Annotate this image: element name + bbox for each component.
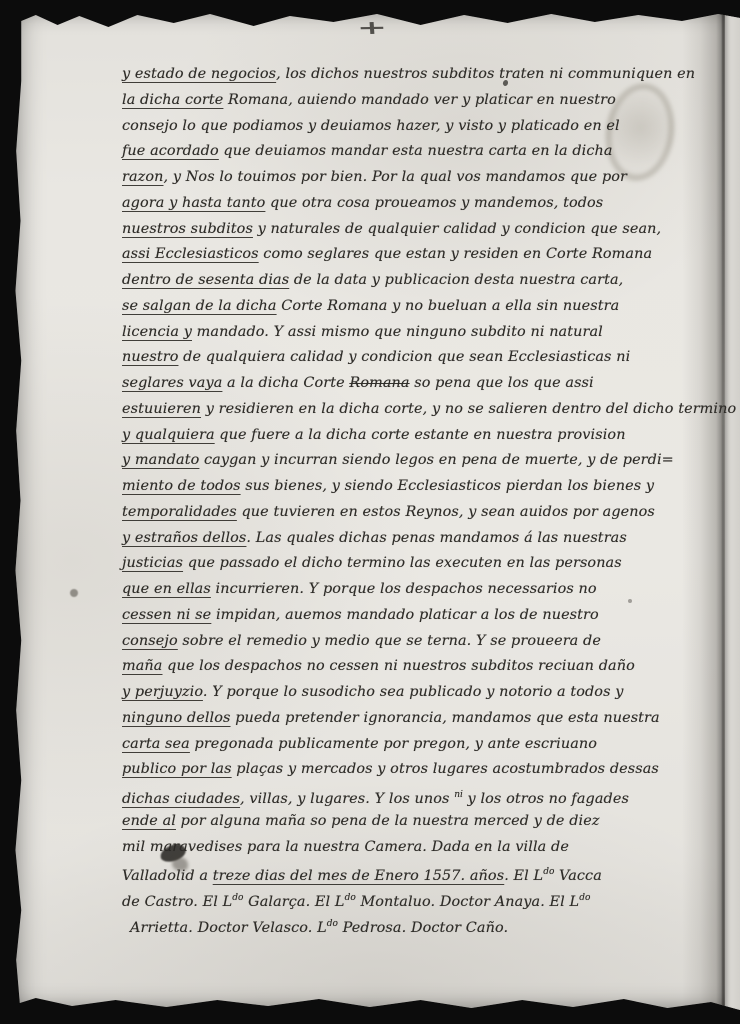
underlined-phrase: miento de todos bbox=[122, 478, 241, 494]
text-segment: Romana, auiendo mandado ver y platicar e… bbox=[223, 92, 616, 108]
text-line: ninguno dellos pueda pretender ignoranci… bbox=[122, 706, 682, 732]
text-segment: . Las quales dichas penas mandamos á las… bbox=[246, 530, 626, 546]
text-line: cessen ni se impidan, auemos mandado pla… bbox=[122, 603, 682, 629]
text-segment: Corte Romana y no bueluan a ella sin nue… bbox=[277, 298, 620, 314]
underlined-phrase: nuestro bbox=[122, 349, 178, 365]
text-segment: . El L bbox=[504, 868, 543, 884]
text-line: y mandato caygan y incurran siendo legos… bbox=[122, 448, 682, 474]
text-segment: Galarça. El L bbox=[243, 894, 344, 910]
underlined-phrase: ninguno dellos bbox=[122, 710, 231, 726]
text-segment: Pedrosa. Doctor Caño. bbox=[338, 920, 508, 936]
underlined-phrase: y perjuyzio bbox=[122, 684, 203, 700]
text-line: miento de todos sus bienes, y siendo Ecc… bbox=[122, 474, 682, 500]
invocation-cross-mark: + bbox=[333, 14, 411, 41]
text-segment: pueda pretender ignorancia, mandamos que… bbox=[231, 710, 660, 726]
text-line: consejo sobre el remedio y medio que se … bbox=[122, 629, 682, 655]
text-segment: de qualquiera calidad y condicion que se… bbox=[178, 349, 630, 365]
text-segment: y residieren en la dicha corte, y no se … bbox=[201, 401, 736, 417]
text-line: licencia y mandado. Y assi mismo que nin… bbox=[122, 320, 682, 346]
underlined-phrase: que en ellas bbox=[122, 581, 211, 597]
text-segment: que tuvieren en estos Reynos, y sean aui… bbox=[237, 504, 655, 520]
text-line: Arrietta. Doctor Velasco. Ldo Pedrosa. D… bbox=[122, 912, 682, 938]
text-line: y qualquiera que fuere a la dicha corte … bbox=[122, 423, 682, 449]
underlined-phrase: carta sea bbox=[122, 736, 190, 752]
text-segment: por alguna maña so pena de la nuestra me… bbox=[176, 813, 600, 829]
text-segment: que otra cosa proueamos y mandemos, todo… bbox=[265, 195, 603, 211]
manuscript-page: + y estado de negocios, los dichos nuest… bbox=[14, 11, 740, 1010]
text-segment: . Y porque lo susodicho sea publicado y … bbox=[203, 684, 624, 700]
text-segment: a la dicha Corte bbox=[222, 375, 349, 391]
underlined-phrase: publico por las bbox=[122, 761, 232, 777]
text-line: que en ellas incurrieren. Y porque los d… bbox=[122, 577, 682, 603]
text-line: razon, y Nos lo touimos por bien. Por la… bbox=[122, 165, 682, 191]
underlined-phrase: y qualquiera bbox=[122, 427, 215, 443]
text-segment: como seglares que estan y residen en Cor… bbox=[259, 246, 653, 262]
underlined-phrase: assi Ecclesiasticos bbox=[122, 246, 259, 262]
text-line: y perjuyzio. Y porque lo susodicho sea p… bbox=[122, 680, 682, 706]
text-line: justicias que passado el dicho termino l… bbox=[122, 551, 682, 577]
text-segment: impidan, auemos mandado platicar a los d… bbox=[211, 607, 599, 623]
underlined-phrase: agora y hasta tanto bbox=[122, 195, 265, 211]
underlined-phrase: licencia y bbox=[122, 324, 192, 340]
text-segment: pregonada publicamente por pregon, y ant… bbox=[190, 736, 597, 752]
text-line: nuestro de qualquiera calidad y condicio… bbox=[122, 345, 682, 371]
underlined-phrase: y estraños dellos bbox=[122, 530, 246, 546]
underlined-phrase: maña bbox=[122, 658, 162, 674]
text-line: consejo lo que podiamos y deuiamos hazer… bbox=[122, 114, 682, 140]
text-segment: que deuiamos mandar esta nuestra carta e… bbox=[219, 143, 613, 159]
text-line: de Castro. El Ldo Galarça. El Ldo Montal… bbox=[122, 886, 682, 912]
manuscript-text: y estado de negocios, los dichos nuestro… bbox=[122, 62, 682, 938]
text-line: ende al por alguna maña so pena de la nu… bbox=[122, 809, 682, 835]
text-segment: mandado. Y assi mismo que ninguno subdit… bbox=[192, 324, 603, 340]
underlined-phrase: dichas ciudades bbox=[122, 791, 240, 807]
text-segment: Vacca bbox=[554, 868, 602, 884]
text-segment: que passado el dicho termino las execute… bbox=[183, 555, 622, 571]
text-line: seglares vaya a la dicha Corte Romana so… bbox=[122, 371, 682, 397]
text-line: y estado de negocios, los dichos nuestro… bbox=[122, 62, 682, 88]
facing-page-edge bbox=[725, 11, 740, 1010]
underlined-phrase: fue acordado bbox=[122, 143, 219, 159]
underlined-phrase: seglares vaya bbox=[122, 375, 222, 391]
text-segment: mil maravedises para la nuestra Camera. … bbox=[122, 839, 569, 855]
text-line: maña que los despachos no cessen ni nues… bbox=[122, 654, 682, 680]
text-line: dentro de sesenta dias de la data y publ… bbox=[122, 268, 682, 294]
underlined-phrase: razon bbox=[122, 169, 163, 185]
text-segment: y los otros no fagades bbox=[463, 791, 629, 807]
text-line: temporalidades que tuvieren en estos Rey… bbox=[122, 500, 682, 526]
underlined-phrase: se salgan de la dicha bbox=[122, 298, 277, 314]
text-line: carta sea pregonada publicamente por pre… bbox=[122, 732, 682, 758]
text-line: y estraños dellos. Las quales dichas pen… bbox=[122, 526, 682, 552]
text-line: Valladolid a treze dias del mes de Enero… bbox=[122, 860, 682, 886]
underlined-phrase: y estado de negocios bbox=[122, 66, 276, 82]
underlined-phrase: dentro de sesenta dias bbox=[122, 272, 289, 288]
text-line: se salgan de la dicha Corte Romana y no … bbox=[122, 294, 682, 320]
text-segment: de Castro. El L bbox=[122, 894, 232, 910]
underlined-phrase: ende al bbox=[122, 813, 176, 829]
underlined-phrase: y mandato bbox=[122, 452, 199, 468]
superscript-insertion: do bbox=[579, 893, 590, 903]
text-segment: plaças y mercados y otros lugares acostu… bbox=[232, 761, 659, 777]
text-segment: consejo lo que podiamos y deuiamos hazer… bbox=[122, 118, 620, 134]
underlined-phrase: cessen ni se bbox=[122, 607, 211, 623]
text-segment: , los dichos nuestros subditos traten ni… bbox=[276, 66, 695, 82]
text-line: la dicha corte Romana, auiendo mandado v… bbox=[122, 88, 682, 114]
text-segment: que fuere a la dicha corte estante en nu… bbox=[215, 427, 626, 443]
text-segment: incurrieren. Y porque los despachos nece… bbox=[211, 581, 597, 597]
text-segment: de la data y publicacion desta nuestra c… bbox=[289, 272, 623, 288]
underlined-phrase: treze dias del mes de Enero 1557. años bbox=[213, 868, 504, 884]
superscript-insertion: do bbox=[232, 893, 243, 903]
underlined-phrase: nuestros subditos bbox=[122, 221, 253, 237]
text-line: assi Ecclesiasticos como seglares que es… bbox=[122, 242, 682, 268]
text-segment: Valladolid a bbox=[122, 868, 213, 884]
text-segment: que los despachos no cessen ni nuestros … bbox=[162, 658, 634, 674]
text-line: dichas ciudades, villas, y lugares. Y lo… bbox=[122, 783, 682, 809]
text-line: mil maravedises para la nuestra Camera. … bbox=[122, 835, 682, 861]
text-segment: Arrietta. Doctor Velasco. L bbox=[130, 920, 327, 936]
underlined-phrase: justicias bbox=[122, 555, 183, 571]
text-segment: , y Nos lo touimos por bien. Por la qual… bbox=[163, 169, 627, 185]
text-segment: y naturales de qualquier calidad y condi… bbox=[253, 221, 661, 237]
superscript-insertion: do bbox=[327, 919, 338, 929]
text-segment: sus bienes, y siendo Ecclesiasticos pier… bbox=[241, 478, 655, 494]
text-line: nuestros subditos y naturales de qualqui… bbox=[122, 217, 682, 243]
paper-stain-spot bbox=[70, 589, 78, 597]
manuscript-scan: + y estado de negocios, los dichos nuest… bbox=[0, 0, 740, 1024]
struck-word: Romana bbox=[349, 375, 409, 391]
superscript-insertion: do bbox=[345, 893, 356, 903]
text-segment: sobre el remedio y medio que se terna. Y… bbox=[178, 633, 601, 649]
text-line: publico por las plaças y mercados y otro… bbox=[122, 757, 682, 783]
paper-stain-spot bbox=[628, 599, 632, 603]
text-line: estuuieren y residieren en la dicha cort… bbox=[122, 397, 682, 423]
text-segment: Montaluo. Doctor Anaya. El L bbox=[356, 894, 579, 910]
text-segment: caygan y incurran siendo legos en pena d… bbox=[199, 452, 674, 468]
text-line: fue acordado que deuiamos mandar esta nu… bbox=[122, 139, 682, 165]
underlined-phrase: estuuieren bbox=[122, 401, 201, 417]
text-line: agora y hasta tanto que otra cosa prouea… bbox=[122, 191, 682, 217]
underlined-phrase: consejo bbox=[122, 633, 178, 649]
text-segment: , villas, y lugares. Y los unos bbox=[240, 791, 454, 807]
ink-blot-smudge bbox=[172, 857, 188, 871]
superscript-insertion: ni bbox=[454, 790, 463, 800]
underlined-phrase: la dicha corte bbox=[122, 92, 223, 108]
text-segment: so pena que los que assi bbox=[410, 375, 594, 391]
underlined-phrase: temporalidades bbox=[122, 504, 237, 520]
superscript-insertion: do bbox=[543, 867, 554, 877]
